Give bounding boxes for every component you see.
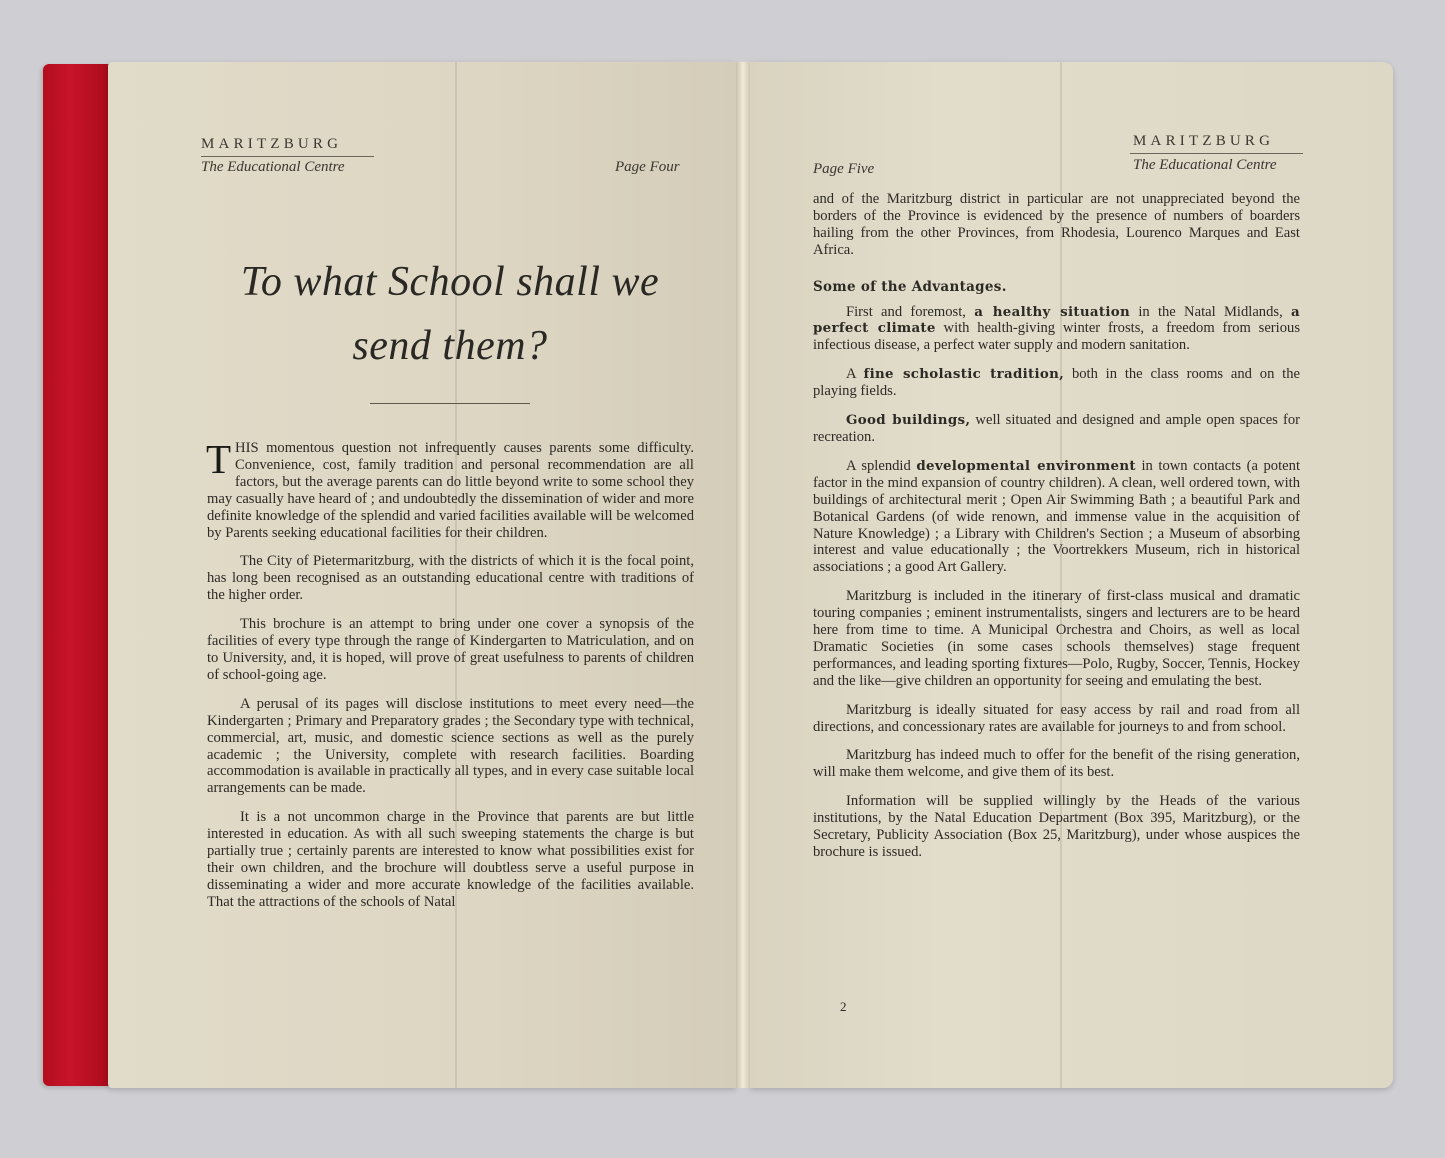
advantage-paragraph: First and foremost, a healthy situation … <box>813 304 1300 355</box>
paragraph: Maritzburg is ideally situated for easy … <box>813 702 1300 736</box>
advantage-paragraph: Good buildings, well situated and design… <box>813 412 1300 446</box>
paragraph: A perusal of its pages will disclose ins… <box>207 696 694 797</box>
page-title: To what School shall we send them? <box>200 250 700 378</box>
left-header-rule <box>201 156 374 157</box>
right-header-rule <box>1130 153 1303 154</box>
title-divider <box>370 403 530 404</box>
left-page-label: Page Four <box>615 159 680 176</box>
right-header-subtitle: The Educational Centre <box>1133 157 1277 174</box>
paragraph: THIS momentous question not infrequently… <box>207 440 694 541</box>
paragraph: This brochure is an attempt to bring und… <box>207 616 694 684</box>
red-spine-binding <box>43 64 113 1086</box>
center-gutter <box>736 62 750 1088</box>
continuation-paragraph: and of the Maritzburg district in partic… <box>813 191 1300 259</box>
right-page-label: Page Five <box>813 161 874 178</box>
left-header-brand: MARITZBURG <box>201 136 342 153</box>
advantage-paragraph: A fine scholastic tradition, both in the… <box>813 366 1300 400</box>
paragraph: Maritzburg is included in the itinerary … <box>813 588 1300 689</box>
paragraph: It is a not uncommon charge in the Provi… <box>207 809 694 910</box>
advantage-paragraph: A splendid developmental environment in … <box>813 458 1300 576</box>
advantages-subheading: Some of the Advantages. <box>813 279 1300 296</box>
title-line-1: To what School shall we <box>200 250 700 314</box>
right-body-text: and of the Maritzburg district in partic… <box>813 191 1300 873</box>
drop-cap: T <box>206 443 231 476</box>
paragraph: Information will be supplied willingly b… <box>813 793 1300 861</box>
paragraph: Maritzburg has indeed much to offer for … <box>813 747 1300 781</box>
folio-number: 2 <box>840 999 847 1015</box>
left-header-subtitle: The Educational Centre <box>201 159 345 176</box>
right-header-brand: MARITZBURG <box>1133 133 1274 150</box>
left-body-text: THIS momentous question not infrequently… <box>207 440 694 923</box>
title-line-2: send them? <box>200 314 700 378</box>
paragraph: The City of Pietermaritzburg, with the d… <box>207 553 694 604</box>
